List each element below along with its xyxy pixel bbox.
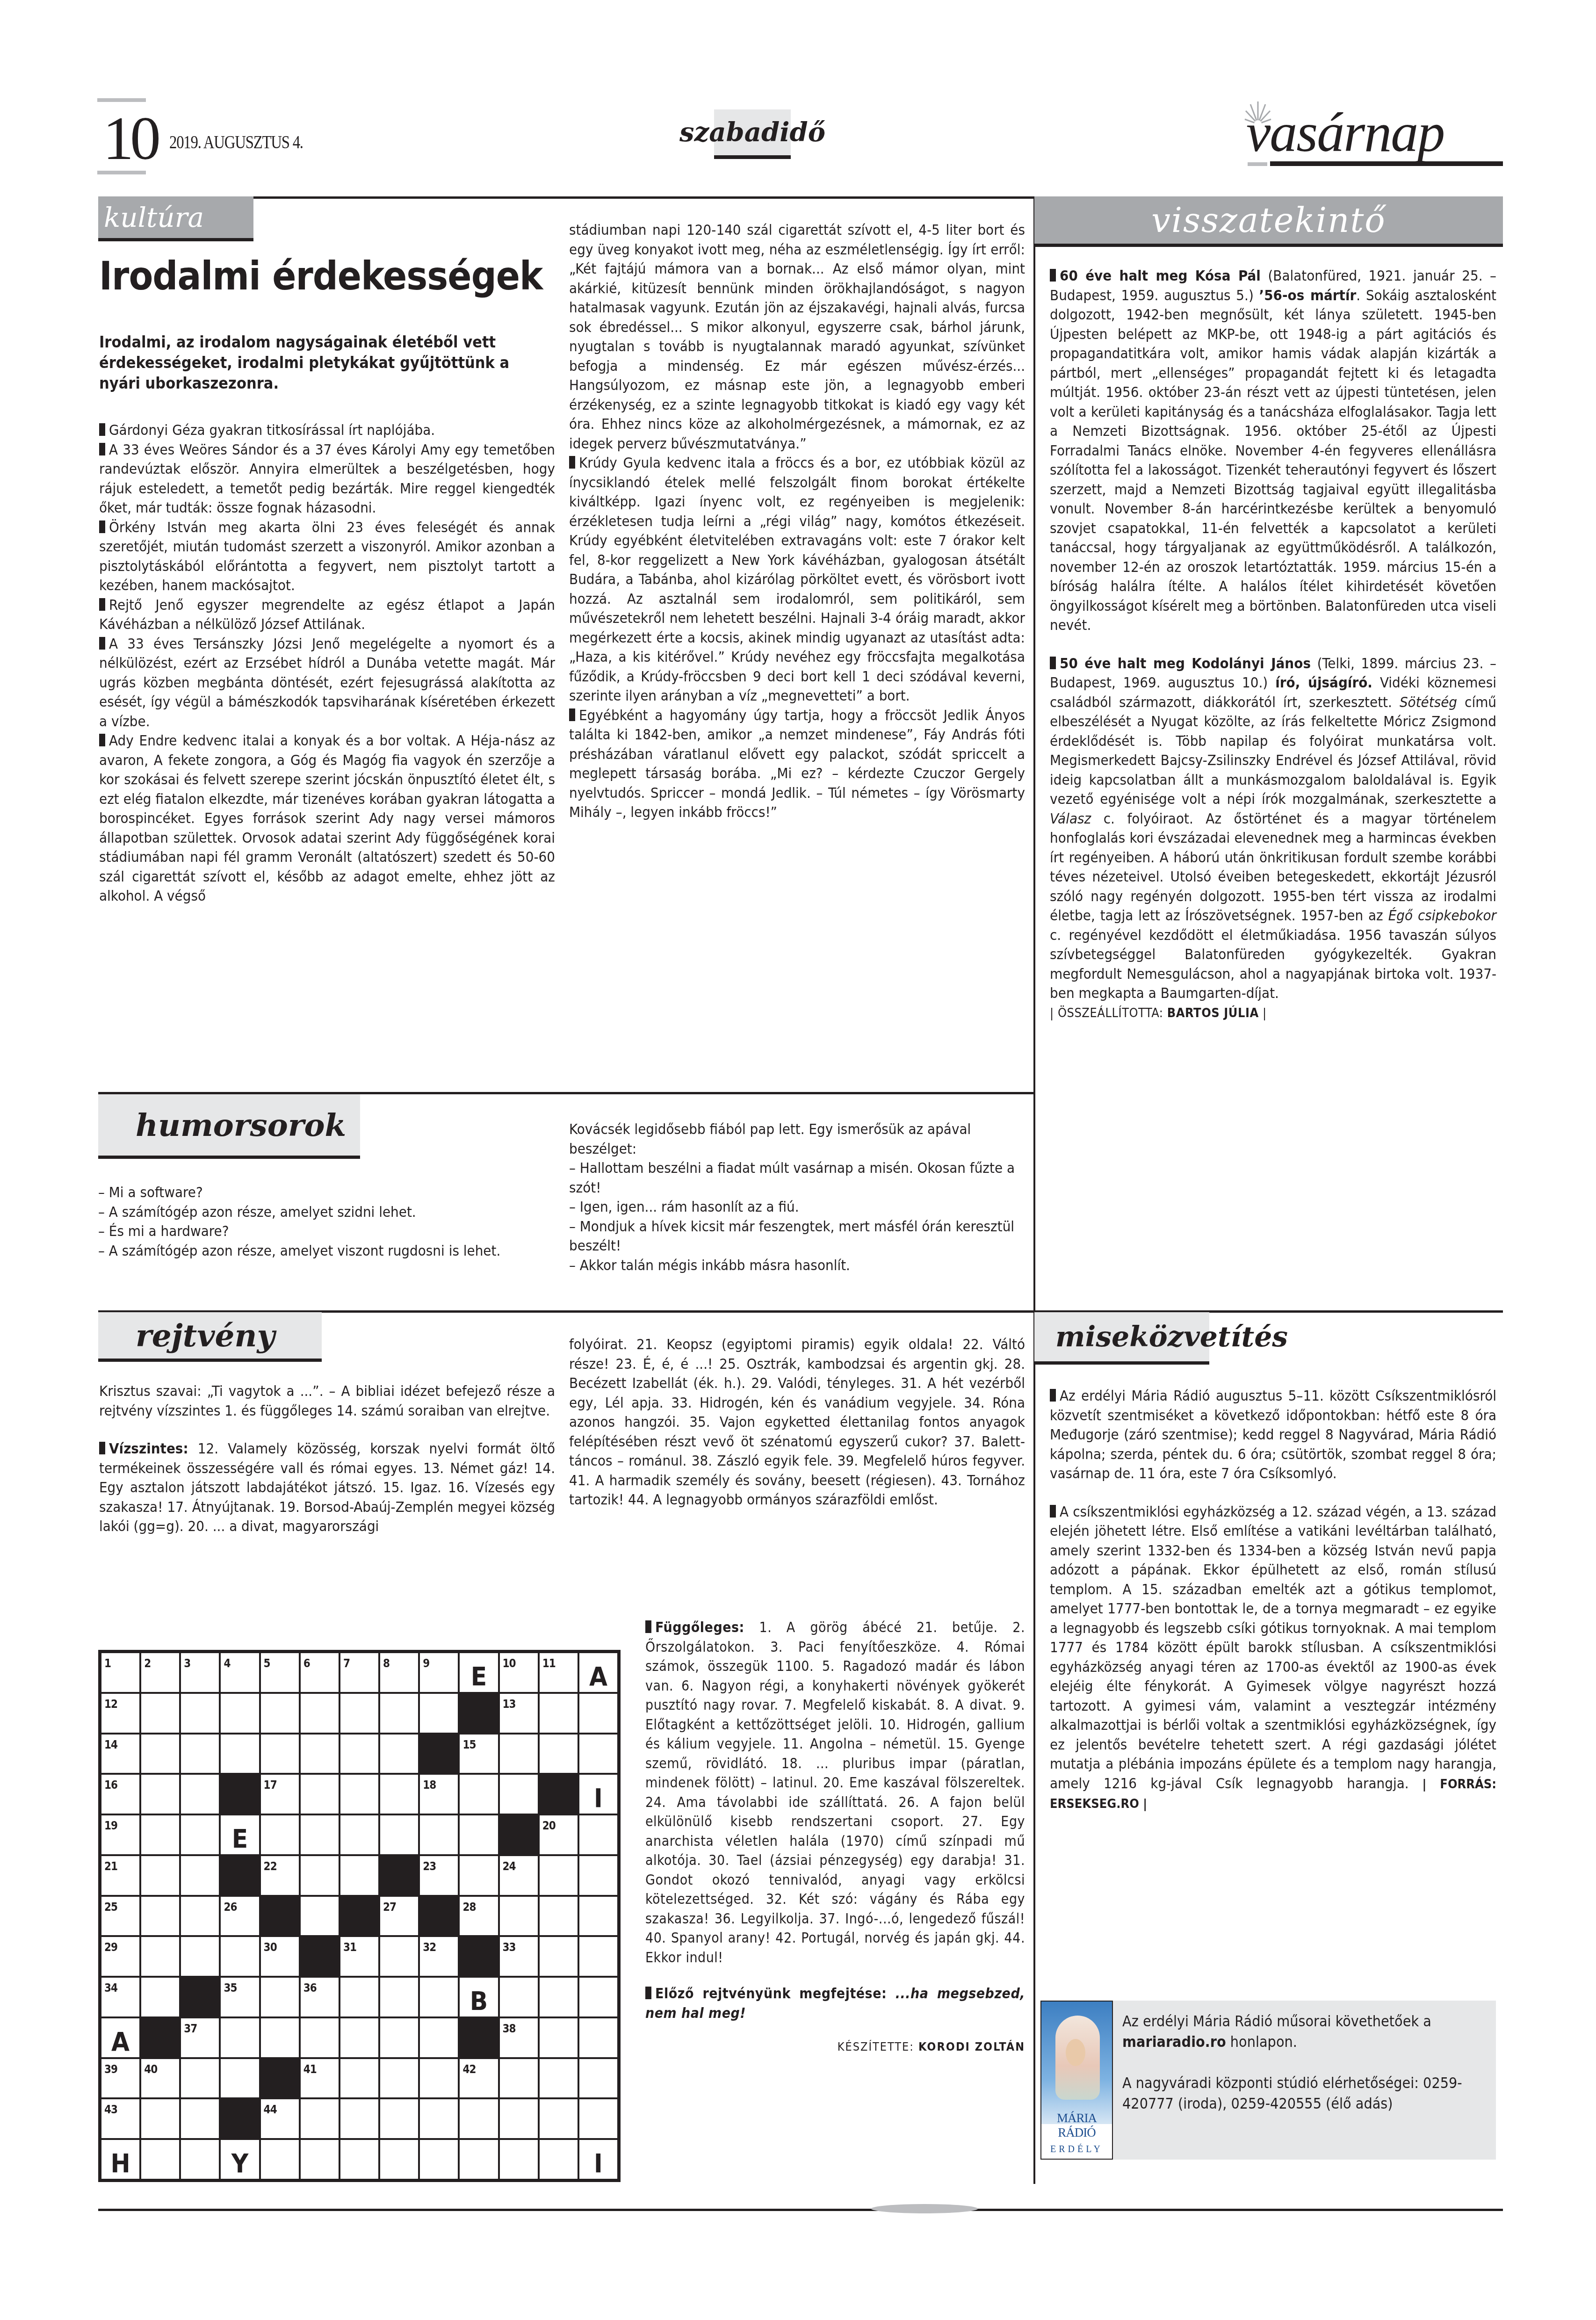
clue-number: 8 — [383, 1657, 390, 1670]
clue-number: 6 — [303, 1657, 310, 1670]
crossword-cell[interactable] — [339, 2058, 379, 2099]
crossword-cell[interactable] — [339, 2139, 379, 2180]
clue-number: 9 — [423, 1657, 429, 1670]
crossword-cell[interactable] — [260, 1814, 300, 1855]
crossword-cell[interactable]: 20 — [539, 1814, 578, 1855]
crossword-cell[interactable]: 23 — [419, 1855, 459, 1896]
crossword-cell[interactable]: 38 — [499, 2017, 539, 2058]
radio-website-b: honlapon. — [1226, 2033, 1297, 2051]
clue-number: 15 — [462, 1738, 476, 1751]
crossword-block — [220, 2098, 260, 2139]
clues-down-label: Függőleges: — [655, 1619, 744, 1636]
crossword-cell[interactable]: 8 — [379, 1652, 419, 1693]
clue-number: 38 — [503, 2022, 516, 2035]
crossword-cell[interactable] — [499, 2098, 539, 2139]
crossword-cell[interactable]: 19 — [101, 1814, 140, 1855]
crossword-cell[interactable]: I — [578, 1774, 618, 1814]
crossword-cell[interactable] — [180, 1734, 220, 1774]
clue-number: 34 — [104, 1981, 117, 1995]
joke-line: – A számítógép azon része, amelyet szidn… — [98, 1203, 554, 1222]
puzzle-author: KÉSZÍTETTE: KORODI ZOLTÁN — [645, 2037, 1025, 2057]
clue-number: 16 — [104, 1778, 117, 1792]
article-lead: Irodalmi, az irodalom nagyságainak életé… — [99, 332, 555, 394]
anecdote-froccs: Egyébként a hagyomány úgy tartja, hogy a… — [569, 706, 1025, 823]
crossword-cell[interactable] — [499, 1734, 539, 1774]
crossword-cell[interactable] — [539, 2017, 578, 2058]
crossword-cell[interactable]: 18 — [419, 1774, 459, 1814]
crossword-cell[interactable] — [379, 2098, 419, 2139]
parish-history-text: A csíkszentmiklósi egyházközség a 12. sz… — [1050, 1503, 1496, 1792]
crossword-cell[interactable] — [300, 2139, 339, 2180]
crossword-block — [260, 2058, 300, 2099]
crossword-cell[interactable] — [339, 1855, 379, 1896]
crossword-cell[interactable]: 36 — [300, 1977, 339, 2017]
crossword-cell[interactable]: 26 — [220, 1896, 260, 1937]
section-header-visszatekinto: visszatekintő — [1034, 196, 1503, 247]
crossword-block — [300, 1936, 339, 1977]
crossword-block — [459, 1936, 498, 1977]
clue-number: 43 — [104, 2103, 117, 2116]
crossword-cell[interactable] — [578, 2098, 618, 2139]
clues-across-label: Vízszintes: — [109, 1440, 188, 1457]
clue-number: 17 — [264, 1778, 277, 1792]
work-title-valasz: Válasz — [1050, 810, 1091, 827]
crossword-cell[interactable] — [220, 1936, 260, 1977]
crossword-cell[interactable] — [539, 1734, 578, 1774]
puzzle-author-label: KÉSZÍTETTE: — [838, 2040, 918, 2053]
crossword-cell[interactable]: A — [578, 1652, 618, 1693]
clue-number: 18 — [423, 1778, 436, 1792]
crossword-cell[interactable] — [140, 1977, 180, 2017]
crossword-cell[interactable] — [379, 2017, 419, 2058]
crossword-cell[interactable] — [180, 1814, 220, 1855]
crossword-cell[interactable]: 25 — [101, 1896, 140, 1937]
crossword-cell[interactable]: 33 — [499, 1936, 539, 1977]
byline-end: | — [1259, 1006, 1267, 1020]
crossword-cell[interactable]: H — [101, 2139, 140, 2180]
crossword-cell[interactable]: 29 — [101, 1936, 140, 1977]
crossword-cell[interactable] — [300, 1734, 339, 1774]
crossword-block — [379, 1855, 419, 1896]
crossword-cell[interactable] — [140, 2139, 180, 2180]
crossword-cell[interactable] — [339, 1693, 379, 1734]
crossword-cell[interactable] — [539, 2058, 578, 2099]
parish-history: A csíkszentmiklósi egyházközség a 12. sz… — [1050, 1503, 1496, 1814]
crossword-cell[interactable] — [140, 1855, 180, 1896]
crossword-cell[interactable] — [419, 2098, 459, 2139]
previous-solution-label: Előző rejtvényünk megfejtése: — [655, 1986, 887, 2002]
crossword-cell[interactable]: 42 — [459, 2058, 498, 2099]
crossword-cell[interactable]: 37 — [180, 2017, 220, 2058]
obituary-kodolanyi-title: 50 éve halt meg Kodolányi János — [1060, 655, 1311, 672]
obituary-kodolanyi-role: író, újságíró. — [1275, 674, 1372, 691]
clue-number: 21 — [104, 1860, 117, 1873]
section-header-visszatekinto-label: visszatekintő — [1151, 203, 1386, 237]
crossword-cell[interactable] — [339, 1977, 379, 2017]
clue-number: 26 — [224, 1901, 237, 1914]
clue-number: 14 — [104, 1738, 117, 1751]
section-header-humorsorok: humorsorok — [98, 1094, 360, 1159]
crossword-cell[interactable]: 1 — [101, 1652, 140, 1693]
clues-across-cont: folyóirat. 21. Keopsz (egyiptomi piramis… — [569, 1335, 1025, 1510]
crossword-cell[interactable]: 43 — [101, 2098, 140, 2139]
crossword-cell[interactable] — [539, 1936, 578, 1977]
section-tab: szabadidő — [714, 109, 791, 159]
crossword-cell[interactable] — [140, 1814, 180, 1855]
clue-number: 28 — [462, 1901, 476, 1914]
crossword-cell[interactable] — [379, 1774, 419, 1814]
obituary-kosa-pal: 60 éve halt meg Kósa Pál (Balatonfüred, … — [1050, 267, 1496, 636]
crossword-cell[interactable] — [339, 1814, 379, 1855]
clue-number: 2 — [144, 1657, 151, 1670]
anecdote-ady: Ady Endre kedvenc italai a konyak és a b… — [99, 731, 555, 906]
byline: | ÖSSZEÁLLÍTOTTA: BARTOS JÚLIA | — [1050, 1004, 1496, 1023]
crossword-cell[interactable] — [140, 1693, 180, 1734]
crossword-cell[interactable] — [300, 1814, 339, 1855]
crossword-cell[interactable] — [539, 1855, 578, 1896]
crossword-cell[interactable] — [220, 1734, 260, 1774]
given-letter: Y — [221, 2148, 259, 2179]
crossword-cell[interactable]: 44 — [260, 2098, 300, 2139]
crossword-cell[interactable] — [379, 2058, 419, 2099]
crossword-cell[interactable] — [379, 1936, 419, 1977]
crossword-block — [499, 1814, 539, 1855]
crossword-cell[interactable] — [339, 2017, 379, 2058]
clue-number: 33 — [503, 1941, 516, 1954]
section-header-humorsorok-label: humorsorok — [136, 1110, 346, 1141]
crossword-cell[interactable] — [459, 1774, 498, 1814]
crossword-cell[interactable] — [140, 1774, 180, 1814]
crossword-cell[interactable] — [539, 1977, 578, 2017]
clue-number: 40 — [144, 2063, 157, 2076]
crossword-cell[interactable] — [300, 1693, 339, 1734]
crossword-grid[interactable]: 123456789E1011A12131415161718I19E2021222… — [98, 1650, 621, 2182]
clue-number: 44 — [264, 2103, 277, 2116]
crossword-cell[interactable] — [379, 2139, 419, 2180]
crossword-cell[interactable]: 22 — [260, 1855, 300, 1896]
crossword-cell[interactable]: 31 — [339, 1936, 379, 1977]
crossword-cell[interactable]: I — [578, 2139, 618, 2180]
crossword-cell[interactable]: 11 — [539, 1652, 578, 1693]
crossword-cell[interactable]: 34 — [101, 1977, 140, 2017]
crossword-cell[interactable] — [260, 1693, 300, 1734]
joke-software: – Mi a software? – A számítógép azon rés… — [98, 1183, 554, 1261]
crossword-cell[interactable] — [220, 1693, 260, 1734]
crossword-cell[interactable] — [419, 2139, 459, 2180]
crossword-cell[interactable] — [339, 2098, 379, 2139]
crossword-cell[interactable] — [419, 1693, 459, 1734]
obituary-kosa-body: . Sokáig asztalosként dolgozott, 1942-be… — [1050, 287, 1496, 634]
given-letter: B — [460, 1986, 498, 2016]
radio-website-a: Az erdélyi Mária Rádió műsorai követhető… — [1122, 2012, 1431, 2030]
clue-number: 25 — [104, 1901, 117, 1914]
column-divider — [1033, 196, 1035, 2184]
clues-down: Függőleges: 1. A görög ábécé 21. betűje.… — [645, 1618, 1025, 2057]
page-number-rule-top — [97, 98, 146, 102]
crossword-cell[interactable] — [578, 1814, 618, 1855]
crossword-cell[interactable] — [180, 1896, 220, 1937]
logo-subtitle: ERDÉLY — [1041, 2144, 1112, 2155]
crossword-cell[interactable]: 27 — [379, 1896, 419, 1937]
clue-number: 35 — [224, 1981, 237, 1995]
section-header-kultura: kultúra — [98, 196, 253, 241]
given-letter: E — [221, 1824, 259, 1854]
newspaper-logo: vasárnap — [1246, 105, 1444, 160]
clues-down-text: 1. A görög ábécé 21. betűje. 2. Őrszolgá… — [645, 1619, 1025, 1966]
work-title-sotetseg: Sötétség — [1400, 694, 1457, 711]
clue-number: 13 — [503, 1698, 516, 1711]
previous-solution: Előző rejtvényünk megfejtése: ...ha megs… — [645, 1984, 1025, 2023]
crossword-cell[interactable]: 4 — [220, 1652, 260, 1693]
crossword-cell[interactable] — [499, 2139, 539, 2180]
given-letter: E — [460, 1662, 498, 1692]
puzzle-intro-text: Krisztus szavai: „Ti vagytok a ...”. – A… — [99, 1382, 555, 1421]
crossword-cell[interactable]: 14 — [101, 1734, 140, 1774]
crossword-cell[interactable] — [339, 1734, 379, 1774]
byline-name: BARTOS JÚLIA — [1167, 1006, 1259, 1020]
obituary-kosa-role: ’56-os mártír — [1259, 287, 1357, 304]
clue-number: 5 — [264, 1657, 270, 1670]
crossword-block — [180, 1977, 220, 2017]
section-header-rejtveny: rejtvény — [98, 1312, 322, 1362]
obituary-kosa-title: 60 éve halt meg Kósa Pál — [1060, 267, 1261, 284]
crossword-cell[interactable]: Y — [220, 2139, 260, 2180]
clue-number: 29 — [104, 1941, 117, 1954]
visszatekinto-column: 60 éve halt meg Kósa Pál (Balatonfüred, … — [1050, 267, 1496, 1023]
crossword-cell[interactable]: 12 — [101, 1693, 140, 1734]
anecdote-rejto: Rejtő Jenő egyszer megrendelte az egész … — [99, 596, 555, 635]
byline-label: | ÖSSZEÁLLÍTOTTA: — [1050, 1006, 1167, 1020]
given-letter: A — [579, 1662, 617, 1692]
clue-number: 20 — [542, 1819, 556, 1832]
crossword-block — [539, 1774, 578, 1814]
crossword-block — [459, 2017, 498, 2058]
crossword-cell[interactable]: 10 — [499, 1652, 539, 1693]
anecdote-orkeny: Örkény István meg akarta ölni 23 éves fe… — [99, 518, 555, 596]
maria-radio-logo: MÁRIA RÁDIÓ ERDÉLY — [1040, 2001, 1113, 2160]
clue-number: 27 — [383, 1901, 396, 1914]
given-letter: I — [579, 2148, 617, 2179]
crossword-cell[interactable] — [578, 1693, 618, 1734]
crossword-cell[interactable] — [180, 1774, 220, 1814]
page-shadow-ellipse — [871, 2204, 978, 2213]
joke-line: – Igen, igen... rám hasonlít az a fiú. — [569, 1198, 1025, 1217]
crossword-cell[interactable] — [260, 1977, 300, 2017]
anecdote-ady-cont: stádiumban napi 120-140 szál cigarettát … — [569, 221, 1025, 454]
clue-number: 32 — [423, 1941, 436, 1954]
crossword-cell[interactable] — [180, 1936, 220, 1977]
obituary-kodolanyi-body-d: c. regényével kezdődött el életműkiadása… — [1050, 927, 1496, 1002]
crossword-cell[interactable] — [539, 2139, 578, 2180]
clue-number: 12 — [104, 1698, 117, 1711]
crossword-cell[interactable] — [578, 2017, 618, 2058]
work-title-ego-csipkebokor: Égő csipkebokor — [1388, 907, 1496, 924]
crossword-cell[interactable] — [300, 1855, 339, 1896]
crossword-cell[interactable]: 15 — [459, 1734, 498, 1774]
crossword-cell[interactable] — [578, 2058, 618, 2099]
section-header-kultura-label: kultúra — [104, 204, 204, 231]
crossword-cell[interactable] — [300, 1774, 339, 1814]
crossword-block — [339, 1896, 379, 1937]
clues-down-block: Függőleges: 1. A görög ábécé 21. betűje.… — [645, 1618, 1025, 1967]
crossword-cell[interactable]: A — [101, 2017, 140, 2058]
crossword-cell[interactable] — [419, 1977, 459, 2017]
logo-rule-grey — [1248, 162, 1267, 166]
crossword-cell[interactable] — [578, 1896, 618, 1937]
crossword-cell[interactable] — [578, 1855, 618, 1896]
crossword-cell[interactable] — [539, 2098, 578, 2139]
crossword-cell[interactable]: 28 — [459, 1896, 498, 1937]
clue-number: 23 — [423, 1860, 436, 1873]
crossword-cell[interactable] — [578, 1977, 618, 2017]
crossword-cell[interactable] — [180, 1855, 220, 1896]
logo-wordmark: MÁRIA RÁDIÓ — [1041, 2111, 1112, 2140]
crossword-cell[interactable] — [419, 1814, 459, 1855]
crossword-cell[interactable] — [459, 2139, 498, 2180]
clue-number: 31 — [343, 1941, 356, 1954]
obituary-kodolanyi-body-b: című elbeszélését a Nyugat közölte, az í… — [1050, 694, 1496, 808]
clue-number: 1 — [104, 1657, 111, 1670]
clue-number: 36 — [303, 1981, 317, 1995]
crossword-cell[interactable]: 9 — [419, 1652, 459, 1693]
clue-number: 10 — [503, 1657, 516, 1670]
crossword-cell[interactable]: 40 — [140, 2058, 180, 2099]
crossword-cell[interactable] — [140, 1734, 180, 1774]
anecdote-gardonyi: Gárdonyi Géza gyakran titkosírással írt … — [99, 421, 555, 441]
section-header-misekozvetites-label: miseközvetítés — [1055, 1323, 1288, 1351]
joke-line: – Mondjuk a hívek kicsit már feszengtek,… — [569, 1217, 1025, 1256]
crossword-cell[interactable] — [300, 1896, 339, 1937]
crossword-cell[interactable] — [180, 2058, 220, 2099]
crossword-cell[interactable]: 24 — [499, 1855, 539, 1896]
crossword-cell[interactable] — [260, 1734, 300, 1774]
crossword-cell[interactable]: 30 — [260, 1936, 300, 1977]
page-number: 10 — [103, 108, 157, 169]
crossword-cell[interactable]: 41 — [300, 2058, 339, 2099]
crossword-block — [220, 1855, 260, 1896]
crossword-cell[interactable] — [300, 2098, 339, 2139]
section-tab-label: szabadidő — [679, 117, 825, 148]
crossword-block — [419, 1734, 459, 1774]
crossword-cell[interactable] — [539, 1693, 578, 1734]
crossword-cell[interactable]: 3 — [180, 1652, 220, 1693]
obituary-kodolanyi: 50 éve halt meg Kodolányi János (Telki, … — [1050, 654, 1496, 1004]
crossword-cell[interactable] — [578, 1936, 618, 1977]
crossword-cell[interactable] — [499, 1977, 539, 2017]
clue-number: 39 — [104, 2063, 117, 2076]
crossword-cell[interactable] — [459, 1814, 498, 1855]
radio-phone-numbers: A nagyváradi központi stúdió elérhetőség… — [1122, 2073, 1492, 2114]
anecdote-krudy: Krúdy Gyula kedvenc itala a fröccs és a … — [569, 454, 1025, 706]
crossword-cell[interactable] — [379, 1814, 419, 1855]
crossword-cell[interactable] — [499, 1774, 539, 1814]
crossword-cell[interactable] — [140, 2098, 180, 2139]
crossword-cell[interactable] — [499, 2058, 539, 2099]
crossword-cell[interactable]: 39 — [101, 2058, 140, 2099]
clue-number: 30 — [264, 1941, 277, 1954]
crossword-cell[interactable]: 16 — [101, 1774, 140, 1814]
article-headline: Irodalmi érdekességek — [99, 256, 542, 296]
crossword-cell[interactable] — [220, 2058, 260, 2099]
crossword-block — [140, 2017, 180, 2058]
page-number-rule-bottom — [97, 171, 146, 174]
joke-line: Kovácsék legidősebb fiából pap lett. Egy… — [569, 1120, 1025, 1159]
crossword-cell[interactable]: 21 — [101, 1855, 140, 1896]
crossword-cell[interactable] — [578, 1734, 618, 1774]
crossword-cell[interactable]: E — [220, 1814, 260, 1855]
crossword-cell[interactable] — [539, 1896, 578, 1937]
clue-number: 41 — [303, 2063, 317, 2076]
kultura-column-2: stádiumban napi 120-140 szál cigarettát … — [569, 221, 1025, 823]
crossword-block — [419, 1896, 459, 1937]
clue-number: 22 — [264, 1860, 277, 1873]
crossword-cell[interactable] — [180, 2098, 220, 2139]
crossword-cell[interactable] — [419, 2058, 459, 2099]
mass-broadcast-column: Az erdélyi Mária Rádió augusztus 5–11. k… — [1050, 1387, 1496, 1814]
crossword-cell[interactable] — [180, 1693, 220, 1734]
crossword-block — [260, 1896, 300, 1937]
crossword-cell[interactable]: 32 — [419, 1936, 459, 1977]
puzzle-author-name: KORODI ZOLTÁN — [918, 2040, 1025, 2053]
given-letter: I — [579, 1783, 617, 1814]
clues-across: Vízszintes: 12. Valamely közösség, korsz… — [99, 1439, 555, 1537]
given-letter: H — [101, 2148, 139, 2179]
crossword-cell[interactable] — [300, 2017, 339, 2058]
crossword-cell[interactable] — [220, 2017, 260, 2058]
crossword-cell[interactable]: 35 — [220, 1977, 260, 2017]
crossword-cell[interactable] — [339, 1774, 379, 1814]
crossword-cell[interactable]: 17 — [260, 1774, 300, 1814]
crossword-cell[interactable] — [140, 1896, 180, 1937]
crossword-cell[interactable] — [379, 1734, 419, 1774]
puzzle-intro: Krisztus szavai: „Ti vagytok a ...”. – A… — [99, 1382, 555, 1537]
crossword-cell[interactable]: B — [459, 1977, 498, 2017]
anecdote-tersanszky: A 33 éves Tersánszky Józsi Jenő megelége… — [99, 635, 555, 732]
given-letter: A — [101, 2027, 139, 2057]
joke-line: – Mi a software? — [98, 1183, 554, 1203]
mass-schedule: Az erdélyi Mária Rádió augusztus 5–11. k… — [1050, 1387, 1496, 1484]
crossword-cell[interactable]: 2 — [140, 1652, 180, 1693]
crossword-cell[interactable] — [260, 2017, 300, 2058]
clue-number: 7 — [343, 1657, 350, 1670]
crossword-cell[interactable]: 7 — [339, 1652, 379, 1693]
radio-website-line: Az erdélyi Mária Rádió műsorai követhető… — [1122, 2011, 1492, 2052]
kultura-column-1: Gárdonyi Géza gyakran titkosírással írt … — [99, 421, 555, 906]
radio-website-link[interactable]: mariaradio.ro — [1122, 2033, 1226, 2051]
clues-across-cont-text: folyóirat. 21. Keopsz (egyiptomi piramis… — [569, 1335, 1025, 1510]
crossword-cell[interactable] — [260, 2139, 300, 2180]
issue-date: 2019. AUGUSZTUS 4. — [169, 131, 303, 153]
clue-number: 19 — [104, 1819, 117, 1832]
crossword-cell[interactable] — [180, 2139, 220, 2180]
clue-number: 24 — [503, 1860, 516, 1873]
bottom-rule — [98, 2209, 1503, 2211]
crossword-cell[interactable]: 13 — [499, 1693, 539, 1734]
crossword-cell[interactable]: 6 — [300, 1652, 339, 1693]
crossword-cell[interactable] — [379, 1977, 419, 2017]
clue-number: 3 — [184, 1657, 190, 1670]
joke-line: – Hallottam beszélni a fiadat múlt vasár… — [569, 1159, 1025, 1198]
crossword-cell[interactable] — [459, 2098, 498, 2139]
joke-line: – És mi a hardware? — [98, 1222, 554, 1242]
crossword-cell[interactable] — [499, 1896, 539, 1937]
crossword-cell[interactable] — [459, 1855, 498, 1896]
crossword-cell[interactable] — [379, 1693, 419, 1734]
crossword-cell[interactable]: E — [459, 1652, 498, 1693]
crossword-cell[interactable] — [140, 1936, 180, 1977]
crossword-cell[interactable]: 5 — [260, 1652, 300, 1693]
crossword-cell[interactable] — [419, 2017, 459, 2058]
